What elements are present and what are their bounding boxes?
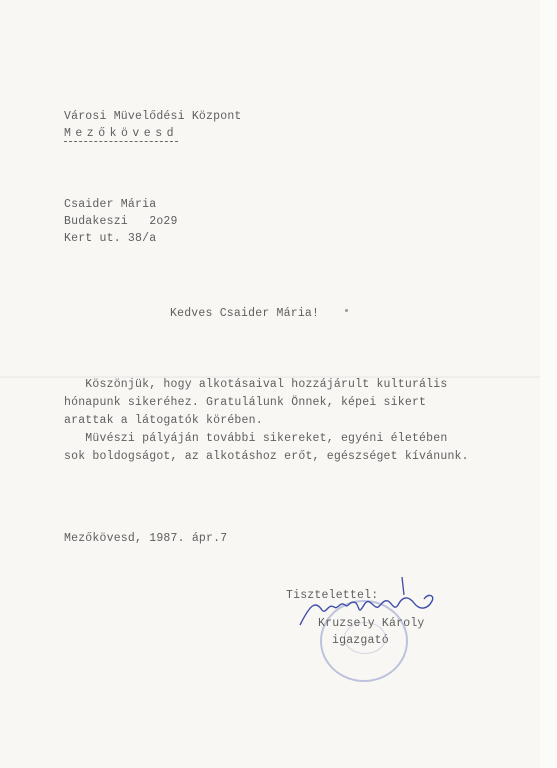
recipient-city: Budakeszi 2o29 [64,215,178,228]
signatory-name: Kruzsely Károly [318,617,425,630]
recipient-street: Kert ut. 38/a [64,232,156,245]
body-line: Müvészi pályáján további sikereket, egyé… [64,432,447,445]
sender-city: Mezőkövesd [64,127,178,142]
speck [345,309,348,312]
body-line: arattak a látogatók körében. [64,414,263,427]
signatory-title: igazgató [332,634,389,647]
body-line: sok boldogságot, az alkotáshoz erőt, egé… [64,450,469,463]
recipient-name: Csaider Mária [64,198,156,211]
salutation: Kedves Csaider Mária! [170,307,319,320]
place-date: Mezőkövesd, 1987. ápr.7 [64,532,227,545]
body-line: hónapunk sikeréhez. Gratulálunk Önnek, k… [64,396,426,409]
paper-edge [540,0,557,768]
sender-organization: Városi Müvelődési Központ [64,110,242,123]
body-line: Köszönjük, hogy alkotásaival hozzájárult… [64,378,447,391]
